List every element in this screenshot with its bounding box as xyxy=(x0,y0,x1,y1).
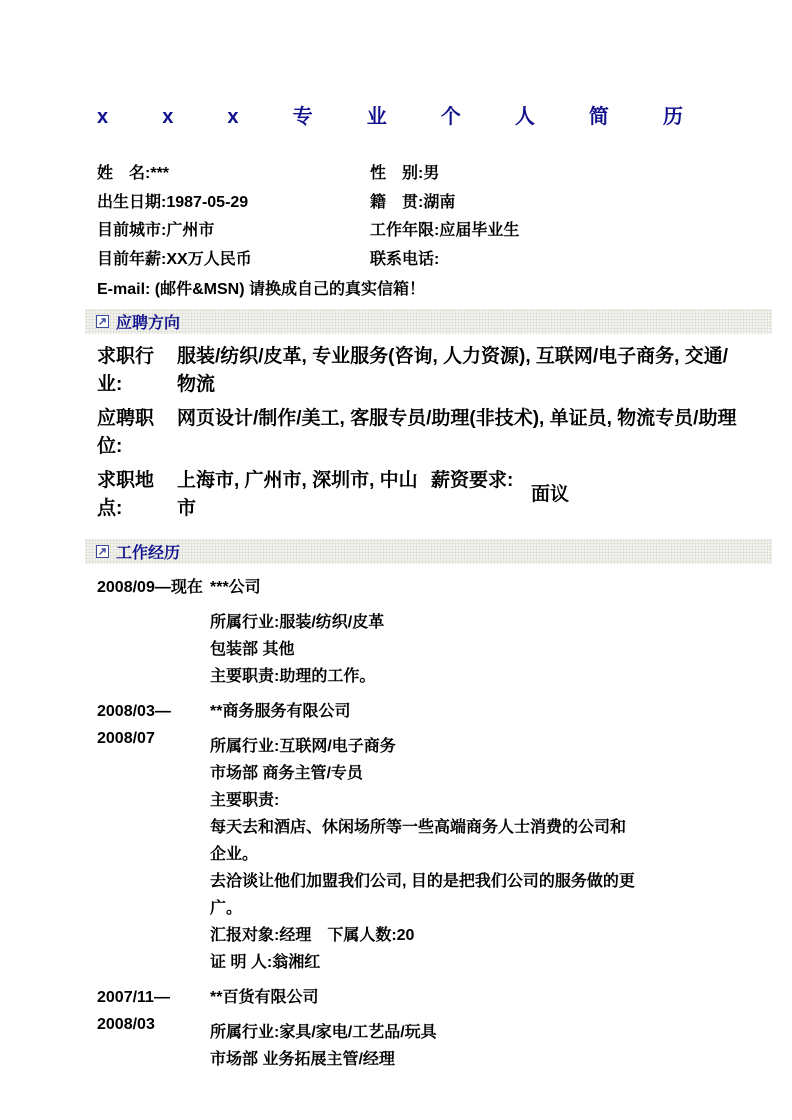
job-duty-line: 主要职责: xyxy=(210,787,635,814)
profile-field-value: 应届毕业生 xyxy=(439,217,519,246)
profile-row: 目前年薪:XX万人民币联系电话: xyxy=(97,246,772,275)
title-char: x xyxy=(227,104,238,130)
job-period-line: 2007/11— xyxy=(97,984,210,1011)
job-detail: ***公司所属行业:服装/纺织/皮革包装部 其他主要职责:助理的工作。 xyxy=(210,574,635,690)
profile-row: 姓 名:***性 别:男 xyxy=(97,160,772,189)
job-company: **商务服务有限公司 xyxy=(210,698,635,725)
resume-content: xxx专业个人简历 姓 名:***性 别:男出生日期:1987-05-29籍 贯… xyxy=(85,0,772,1073)
direction-row-value: 服装/纺织/皮革, 专业服务(咨询, 人力资源), 互联网/电子商务, 交通/物… xyxy=(177,343,737,399)
profile-field: 目前年薪:XX万人民币 xyxy=(97,246,370,275)
profile-field-label: 工作年限: xyxy=(370,217,439,246)
profile-row: 出生日期:1987-05-29籍 贯:湖南 xyxy=(97,189,772,218)
title-char: 人 xyxy=(515,104,535,130)
experience-section: 2008/09—现在***公司所属行业:服装/纺织/皮革包装部 其他主要职责:助… xyxy=(85,564,772,1073)
profile-field-label: 目前年薪: xyxy=(97,246,166,275)
job-duty-line: 主要职责:助理的工作。 xyxy=(210,663,635,690)
section-header-direction: 应聘方向 xyxy=(85,309,772,334)
direction-row: 应聘职位:网页设计/制作/美工, 客服专员/助理(非技术), 单证员, 物流专员… xyxy=(97,402,772,464)
section-bullet-icon xyxy=(96,545,109,558)
email-line: E-mail: (邮件&MSN) 请换成自己的真实信箱！ xyxy=(97,276,772,304)
profile-field-value: 1987-05-29 xyxy=(166,189,248,218)
profile-field-label: 出生日期: xyxy=(97,189,166,218)
profile-field: 出生日期:1987-05-29 xyxy=(97,189,370,218)
resume-page: xxx专业个人简历 姓 名:***性 别:男出生日期:1987-05-29籍 贯… xyxy=(0,0,792,1120)
profile-field-value: 男 xyxy=(423,160,439,189)
job-duty-line: 去洽谈让他们加盟我们公司, 目的是把我们公司的服务做的更广。 xyxy=(210,868,635,922)
job-industry: 所属行业:家具/家电/工艺品/玩具 xyxy=(210,1019,635,1046)
direction-row-value: 上海市, 广州市, 深圳市, 中山市 xyxy=(177,467,429,523)
profile-field: 联系电话: xyxy=(370,246,670,275)
job-entry: 2007/11—2008/03**百货有限公司所属行业:家具/家电/工艺品/玩具… xyxy=(97,984,772,1073)
direction-row-label: 求职地点: xyxy=(97,467,177,523)
job-period: 2008/09—现在 xyxy=(97,574,210,690)
job-period-line: 2008/03— xyxy=(97,698,210,725)
job-period: 2007/11—2008/03 xyxy=(97,984,210,1073)
profile-field-label: 联系电话: xyxy=(370,246,439,275)
direction-row-label: 应聘职位: xyxy=(97,405,177,461)
section-bullet-icon xyxy=(96,315,109,328)
profile-field-value: 广州市 xyxy=(166,217,214,246)
page-title: xxx专业个人简历 xyxy=(97,104,683,130)
job-company: ***公司 xyxy=(210,574,635,601)
job-period-line: 2008/09—现在 xyxy=(97,574,210,601)
direction-row-value: 网页设计/制作/美工, 客服专员/助理(非技术), 单证员, 物流专员/助理 xyxy=(177,405,737,461)
section-header-experience: 工作经历 xyxy=(85,539,772,564)
job-entry: 2008/03—2008/07**商务服务有限公司所属行业:互联网/电子商务市场… xyxy=(97,698,772,976)
profile-field-label: 性 别: xyxy=(370,160,423,189)
profile-field-value: *** xyxy=(150,160,169,189)
profile-field-label: 姓 名: xyxy=(97,160,150,189)
profile-field-label: 籍 贯: xyxy=(370,189,423,218)
profile-field: 目前城市:广州市 xyxy=(97,217,370,246)
title-char: 业 xyxy=(367,104,387,130)
direction-row: 求职地点:上海市, 广州市, 深圳市, 中山市薪资要求:面议 xyxy=(97,464,772,526)
profile-field-value: 湖南 xyxy=(423,189,455,218)
job-department: 市场部 业务拓展主管/经理 xyxy=(210,1046,635,1073)
job-department: 市场部 商务主管/专员 xyxy=(210,760,635,787)
profile-field-value: XX万人民币 xyxy=(166,246,251,275)
profile-field-label: 目前城市: xyxy=(97,217,166,246)
job-period: 2008/03—2008/07 xyxy=(97,698,210,976)
profile-table: 姓 名:***性 别:男出生日期:1987-05-29籍 贯:湖南目前城市:广州… xyxy=(97,160,772,274)
profile-row: 目前城市:广州市工作年限:应届毕业生 xyxy=(97,217,772,246)
title-char: 个 xyxy=(441,104,461,130)
job-period-line: 2008/07 xyxy=(97,725,210,752)
job-detail: **商务服务有限公司所属行业:互联网/电子商务市场部 商务主管/专员主要职责:每… xyxy=(210,698,635,976)
section-title: 工作经历 xyxy=(116,540,180,563)
job-department: 包装部 其他 xyxy=(210,636,635,663)
title-char: x xyxy=(97,104,108,130)
job-industry: 所属行业:互联网/电子商务 xyxy=(210,733,635,760)
direction-section: 求职行业:服装/纺织/皮革, 专业服务(咨询, 人力资源), 互联网/电子商务,… xyxy=(85,334,772,534)
title-char: 简 xyxy=(589,104,609,130)
direction-row: 求职行业:服装/纺织/皮革, 专业服务(咨询, 人力资源), 互联网/电子商务,… xyxy=(97,340,772,402)
profile-field: 籍 贯:湖南 xyxy=(370,189,670,218)
job-duty-line: 证 明 人:翁湘红 xyxy=(210,949,635,976)
job-duty-line: 每天去和酒店、休闲场所等一些高端商务人士消费的公司和企业。 xyxy=(210,814,635,868)
salary-value: 面议 xyxy=(515,467,569,523)
profile-field: 工作年限:应届毕业生 xyxy=(370,217,670,246)
direction-row-label: 求职行业: xyxy=(97,343,177,399)
job-detail: **百货有限公司所属行业:家具/家电/工艺品/玩具市场部 业务拓展主管/经理 xyxy=(210,984,635,1073)
title-char: 历 xyxy=(663,104,683,130)
salary-label: 薪资要求: xyxy=(431,467,515,523)
profile-field: 性 别:男 xyxy=(370,160,670,189)
job-entry: 2008/09—现在***公司所属行业:服装/纺织/皮革包装部 其他主要职责:助… xyxy=(97,574,772,690)
title-char: x xyxy=(162,104,173,130)
title-char: 专 xyxy=(293,104,313,130)
profile-field: 姓 名:*** xyxy=(97,160,370,189)
section-title: 应聘方向 xyxy=(116,310,180,333)
job-period-line: 2008/03 xyxy=(97,1011,210,1038)
job-industry: 所属行业:服装/纺织/皮革 xyxy=(210,609,635,636)
job-company: **百货有限公司 xyxy=(210,984,635,1011)
job-duty-line: 汇报对象:经理 下属人数:20 xyxy=(210,922,635,949)
